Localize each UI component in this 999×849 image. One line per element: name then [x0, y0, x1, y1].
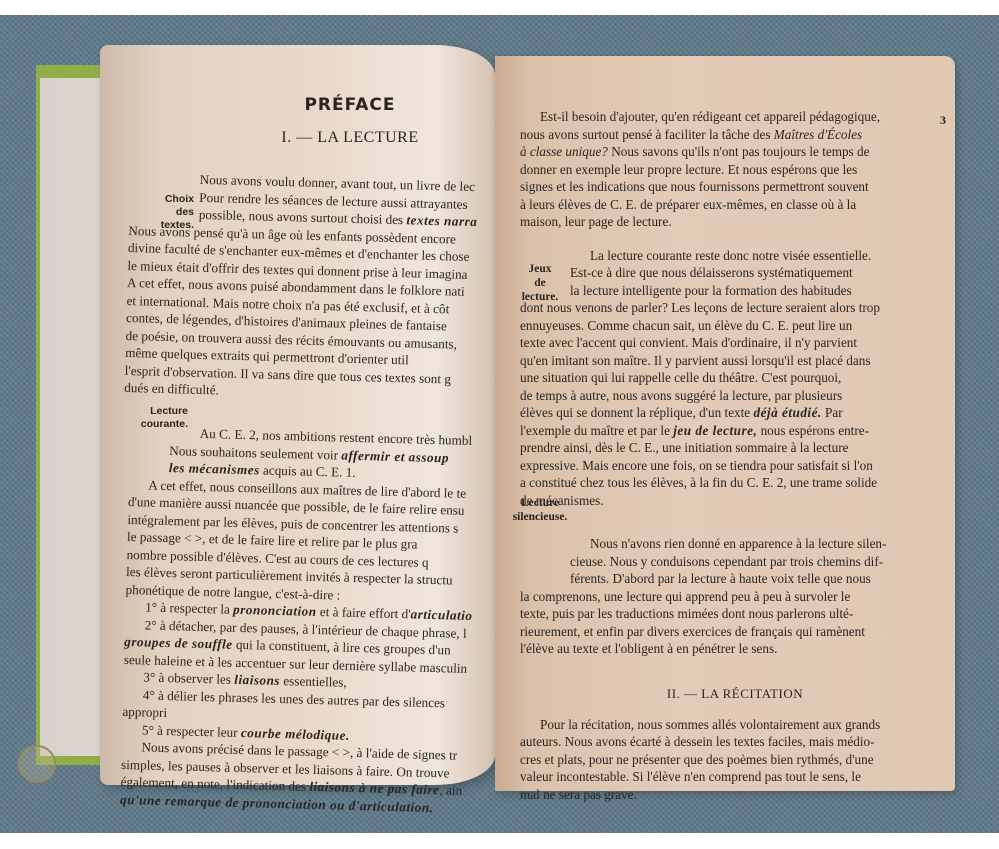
margin-note-jeux-de-lecture: Jeuxde lecture. — [515, 262, 565, 304]
right-page-content: Est-il besoin d'ajouter, qu'en rédigeant… — [520, 108, 950, 803]
margin-note-lecture-courante: Lecturecourante. — [140, 405, 188, 431]
page-title: PRÉFACE — [130, 95, 500, 115]
library-stamp-icon — [18, 745, 56, 783]
paragraph-lecture-courante: Au C. E. 2, nos ambitions restent encore… — [120, 423, 500, 818]
paragraph-lecture-silencieuse: Nous n'avons rien donné en apparence à l… — [520, 535, 950, 658]
paragraph-appareil-pedagogique: Est-il besoin d'ajouter, qu'en rédigeant… — [520, 108, 950, 231]
margin-note-choix-des-textes: Choixdes textes. — [150, 193, 194, 232]
section-title-lecture: I. — LA LECTURE — [130, 129, 500, 147]
paragraph-recitation: Pour la récitation, nous sommes allés vo… — [520, 716, 950, 804]
paragraph-jeux-de-lecture: La lecture courante reste donc notre vis… — [520, 247, 950, 510]
margin-note-lecture-silencieuse: Lecturesilencieuse. — [505, 496, 575, 524]
section-title-recitation: II. — LA RÉCITATION — [520, 686, 950, 702]
